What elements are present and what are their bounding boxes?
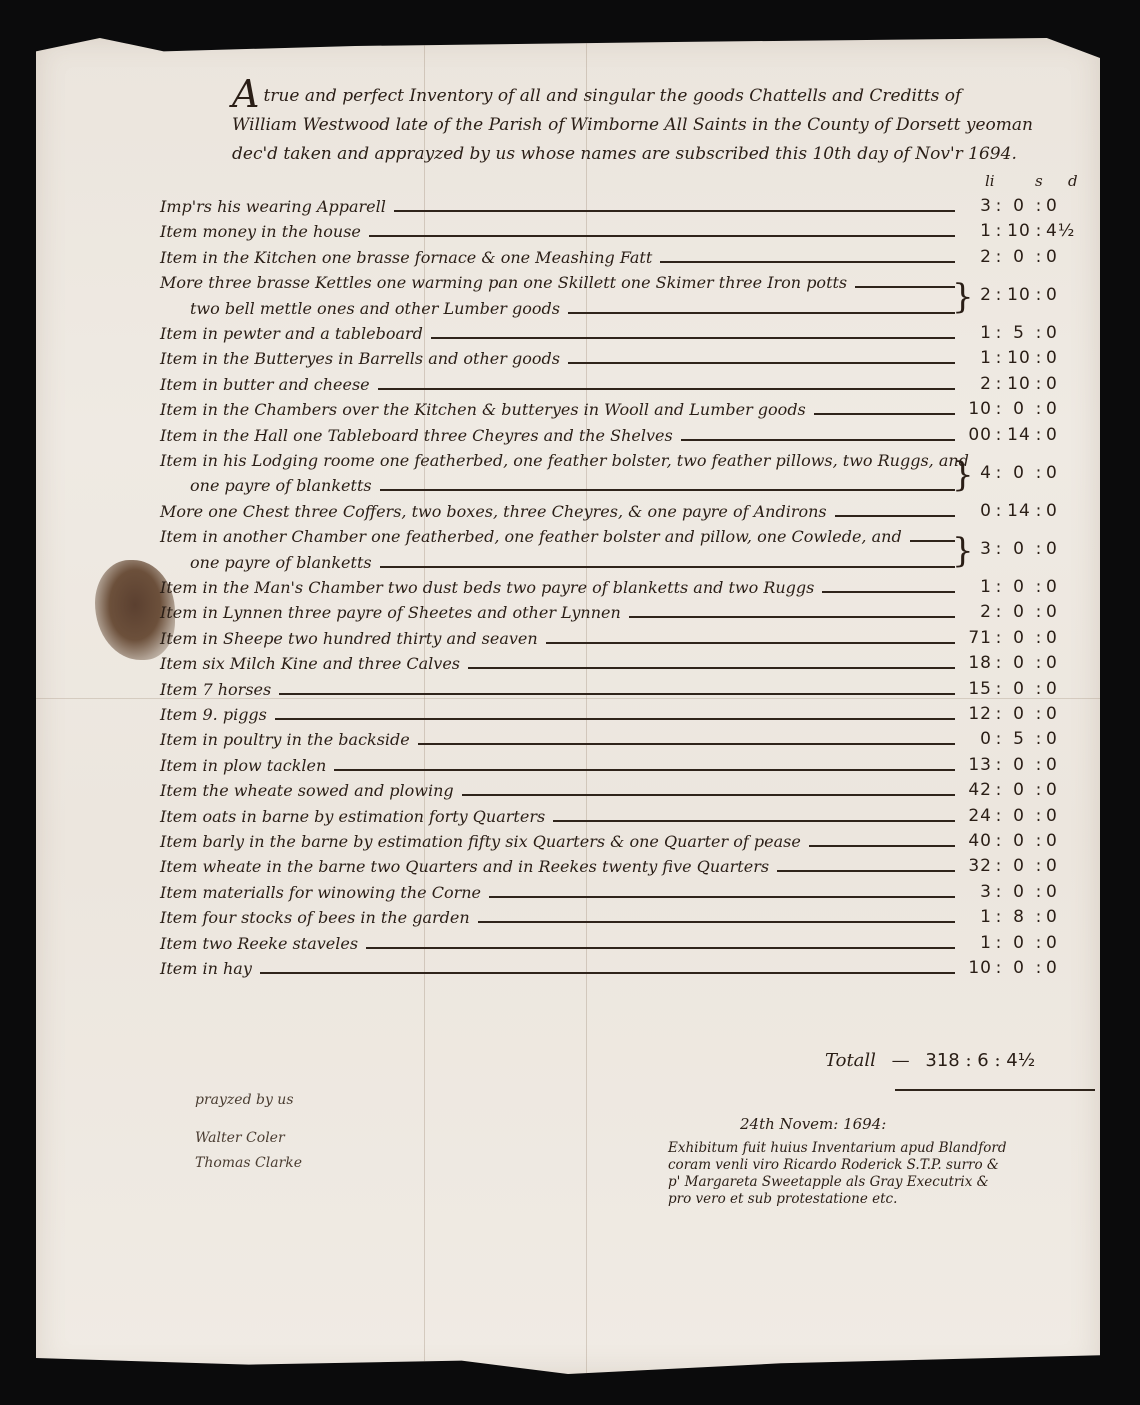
leader-rule (822, 591, 955, 593)
value-shillings: 0 (1006, 577, 1032, 597)
leader-rule (468, 667, 955, 669)
total-pence: 4½ (1006, 1050, 1035, 1071)
item-description: Item in the Hall one Tableboard three Ch… (160, 426, 673, 445)
value-pence: 0 (1046, 539, 1076, 559)
value-pence: 0 (1046, 806, 1076, 826)
leader-rule (334, 769, 955, 771)
item-value: 0:5:0 (960, 729, 1090, 749)
item-value: 71:0:0 (960, 628, 1090, 648)
item-value: 40:0:0 (960, 831, 1090, 851)
item-value: 1:5:0 (960, 323, 1090, 343)
value-pence: 0 (1046, 679, 1076, 699)
item-value: 12:0:0 (960, 704, 1090, 724)
value-pence: 0 (1046, 501, 1076, 521)
value-pence: 0 (1046, 425, 1076, 445)
leader-rule (478, 921, 955, 923)
value-pence: 0 (1046, 463, 1076, 483)
leader-rule (275, 718, 955, 720)
item-value: 4:0:0 (960, 463, 1090, 483)
value-pence: 0 (1046, 780, 1076, 800)
inventory-item: Item in butter and cheese (160, 375, 960, 399)
item-description-continued: one payre of blanketts (190, 553, 372, 572)
inventory-item: More three brasse Kettles one warming pa… (160, 273, 960, 297)
leader-rule (462, 794, 955, 796)
item-value: 1:10:4½ (960, 221, 1090, 241)
value-shillings: 10 (1006, 285, 1032, 305)
value-pounds: 12 (960, 704, 992, 724)
value-pence: 0 (1046, 285, 1076, 305)
value-shillings: 0 (1006, 704, 1032, 724)
item-value: 1:0:0 (960, 933, 1090, 953)
column-header-pence: d (1068, 172, 1078, 190)
value-pence: 0 (1046, 348, 1076, 368)
heading-line-3: dec'd taken and apprayzed by us whose na… (232, 140, 1092, 169)
value-pence: 0 (1046, 602, 1076, 622)
value-pounds: 1 (960, 577, 992, 597)
value-shillings: 0 (1006, 196, 1032, 216)
value-shillings: 14 (1006, 501, 1032, 521)
leader-rule (431, 337, 955, 339)
item-value: 24:0:0 (960, 806, 1090, 826)
value-pence: 0 (1046, 628, 1076, 648)
value-pounds: 13 (960, 755, 992, 775)
inventory-item: Item in the Man's Chamber two dust beds … (160, 578, 960, 602)
item-description: More three brasse Kettles one warming pa… (160, 273, 847, 292)
item-value: 1:10:0 (960, 348, 1090, 368)
item-value: 32:0:0 (960, 856, 1090, 876)
value-shillings: 0 (1006, 856, 1032, 876)
value-shillings: 5 (1006, 323, 1032, 343)
value-pence: 0 (1046, 196, 1076, 216)
inventory-item: Item 7 horses (160, 680, 960, 704)
item-value: 3:0:0 (960, 196, 1090, 216)
item-description: Item 7 horses (160, 680, 271, 699)
leader-rule (369, 235, 955, 237)
leader-rule (777, 870, 955, 872)
value-pounds: 1 (960, 907, 992, 927)
value-pounds: 15 (960, 679, 992, 699)
inventory-item: Item barly in the barne by estimation fi… (160, 832, 960, 856)
item-description-continued: one payre of blanketts (190, 476, 372, 495)
value-pounds: 3 (960, 196, 992, 216)
value-pounds: 3 (960, 539, 992, 559)
item-value: 42:0:0 (960, 780, 1090, 800)
inventory-item-continued: two bell mettle ones and other Lumber go… (190, 299, 990, 323)
leader-rule (546, 642, 955, 644)
inventory-item: Item materialls for winowing the Corne (160, 883, 960, 907)
value-shillings: 5 (1006, 729, 1032, 749)
value-pounds: 0 (960, 729, 992, 749)
inventory-item: Item in plow tacklen (160, 756, 960, 780)
heading-initial: A (232, 72, 259, 116)
value-pence: 0 (1046, 907, 1076, 927)
value-pounds: 1 (960, 221, 992, 241)
total-pounds: 318 (925, 1050, 959, 1071)
value-shillings: 0 (1006, 539, 1032, 559)
value-shillings: 0 (1006, 679, 1032, 699)
inventory-item: Item in the Hall one Tableboard three Ch… (160, 426, 960, 450)
leader-rule (835, 515, 955, 517)
item-description: Item materialls for winowing the Corne (160, 883, 481, 902)
leader-rule (681, 439, 955, 441)
value-pence: 0 (1046, 247, 1076, 267)
item-description: Item six Milch Kine and three Calves (160, 654, 460, 673)
value-pence: 0 (1046, 323, 1076, 343)
value-shillings: 10 (1006, 374, 1032, 394)
item-description: Item in plow tacklen (160, 756, 326, 775)
inventory-item: Item oats in barne by estimation forty Q… (160, 807, 960, 831)
appraiser-signature-1: Walter Coler (195, 1130, 285, 1146)
item-value: 15:0:0 (960, 679, 1090, 699)
value-pounds: 10 (960, 958, 992, 978)
value-pence: 0 (1046, 653, 1076, 673)
item-description: Item two Reeke staveles (160, 934, 358, 953)
item-description: Item in the Kitchen one brasse fornace &… (160, 248, 652, 267)
value-pence: 0 (1046, 958, 1076, 978)
leader-rule (910, 540, 955, 542)
item-value: 1:0:0 (960, 577, 1090, 597)
value-pounds: 2 (960, 602, 992, 622)
value-pence: 0 (1046, 831, 1076, 851)
item-description: Item in Sheepe two hundred thirty and se… (160, 629, 538, 648)
value-shillings: 0 (1006, 602, 1032, 622)
inventory-item: Item in another Chamber one featherbed, … (160, 527, 960, 551)
value-pounds: 2 (960, 285, 992, 305)
inventory-item: Item two Reeke staveles (160, 934, 960, 958)
value-pounds: 4 (960, 463, 992, 483)
item-description: Item in butter and cheese (160, 375, 370, 394)
appraisers-intro: prayzed by us (195, 1092, 294, 1108)
item-description: Item in the Butteryes in Barrells and ot… (160, 349, 560, 368)
value-pence: 0 (1046, 933, 1076, 953)
item-value: 3:0:0 (960, 539, 1090, 559)
item-description: Item in another Chamber one featherbed, … (160, 527, 902, 546)
value-pounds: 40 (960, 831, 992, 851)
leader-rule (279, 693, 955, 695)
inventory-item: Item in hay (160, 959, 960, 983)
exhibit-note: Exhibitum fuit huius Inventarium apud Bl… (668, 1140, 1108, 1208)
value-pence: 0 (1046, 399, 1076, 419)
exhibit-note-line-2: coram venli viro Ricardo Roderick S.T.P.… (668, 1157, 1108, 1174)
value-pence: 0 (1046, 729, 1076, 749)
item-value: 10:0:0 (960, 958, 1090, 978)
column-header-pounds: li (985, 172, 995, 190)
leader-rule (380, 489, 955, 491)
value-pounds: 1 (960, 323, 992, 343)
item-description: Item the wheate sowed and plowing (160, 781, 454, 800)
item-description: Item barly in the barne by estimation fi… (160, 832, 801, 851)
inventory-item: Item in his Lodging roome one featherbed… (160, 451, 960, 475)
total-label: Totall (825, 1050, 876, 1071)
item-description: Item money in the house (160, 222, 361, 241)
value-shillings: 0 (1006, 933, 1032, 953)
leader-rule (394, 210, 955, 212)
item-description: Item wheate in the barne two Quarters an… (160, 857, 769, 876)
inventory-item: Imp'rs his wearing Apparell (160, 197, 960, 221)
value-shillings: 0 (1006, 399, 1032, 419)
heading-line-2: William Westwood late of the Parish of W… (232, 111, 1092, 140)
exhibit-date: 24th Novem: 1694: (740, 1115, 886, 1133)
leader-rule (814, 413, 955, 415)
value-shillings: 0 (1006, 831, 1032, 851)
value-pence: 0 (1046, 577, 1076, 597)
item-value: 18:0:0 (960, 653, 1090, 673)
item-value: 2:10:0 (960, 285, 1090, 305)
column-header-shillings: s (1035, 172, 1043, 190)
item-value: 3:0:0 (960, 882, 1090, 902)
value-shillings: 10 (1006, 221, 1032, 241)
leader-rule (855, 286, 955, 288)
item-description: Imp'rs his wearing Apparell (160, 197, 386, 216)
leader-rule (568, 362, 955, 364)
value-pounds: 32 (960, 856, 992, 876)
value-shillings: 0 (1006, 653, 1032, 673)
total-row: Totall — 318 : 6 : 4½ (825, 1050, 1035, 1071)
item-description: Item oats in barne by estimation forty Q… (160, 807, 545, 826)
inventory-heading: Atrue and perfect Inventory of all and s… (232, 80, 1092, 169)
value-shillings: 0 (1006, 958, 1032, 978)
item-description: Item in hay (160, 959, 252, 978)
leader-rule (553, 820, 955, 822)
total-underline (895, 1089, 1095, 1091)
value-shillings: 0 (1006, 780, 1032, 800)
inventory-item: Item in Sheepe two hundred thirty and se… (160, 629, 960, 653)
value-pounds: 1 (960, 348, 992, 368)
value-shillings: 8 (1006, 907, 1032, 927)
value-pounds: 1 (960, 933, 992, 953)
item-description: Item in poultry in the backside (160, 730, 410, 749)
leader-rule (489, 896, 955, 898)
leader-rule (378, 388, 955, 390)
leader-rule (260, 972, 955, 974)
value-pence: 4½ (1046, 221, 1076, 241)
item-description: Item in the Man's Chamber two dust beds … (160, 578, 814, 597)
inventory-item: Item 9. piggs (160, 705, 960, 729)
value-pence: 0 (1046, 856, 1076, 876)
appraiser-signature-2: Thomas Clarke (195, 1155, 302, 1171)
total-shillings: 6 (977, 1050, 988, 1071)
item-description-continued: two bell mettle ones and other Lumber go… (190, 299, 560, 318)
value-shillings: 14 (1006, 425, 1032, 445)
inventory-item-continued: one payre of blanketts (190, 553, 990, 577)
value-pounds: 00 (960, 425, 992, 445)
value-pounds: 10 (960, 399, 992, 419)
leader-rule (568, 312, 955, 314)
item-value: 00:14:0 (960, 425, 1090, 445)
value-pounds: 42 (960, 780, 992, 800)
value-pounds: 24 (960, 806, 992, 826)
item-value: 13:0:0 (960, 755, 1090, 775)
item-description: Item in his Lodging roome one featherbed… (160, 451, 969, 470)
item-value: 1:8:0 (960, 907, 1090, 927)
exhibit-note-line-1: Exhibitum fuit huius Inventarium apud Bl… (668, 1140, 1108, 1157)
item-description: Item in the Chambers over the Kitchen & … (160, 400, 806, 419)
value-pounds: 18 (960, 653, 992, 673)
heading-line-1: true and perfect Inventory of all and si… (263, 86, 961, 106)
item-value: 2:0:0 (960, 247, 1090, 267)
item-value: 10:0:0 (960, 399, 1090, 419)
value-pounds: 2 (960, 247, 992, 267)
value-shillings: 0 (1006, 463, 1032, 483)
value-shillings: 0 (1006, 882, 1032, 902)
inventory-item: More one Chest three Coffers, two boxes,… (160, 502, 960, 526)
leader-rule (660, 261, 955, 263)
item-description: Item 9. piggs (160, 705, 267, 724)
item-description: More one Chest three Coffers, two boxes,… (160, 502, 827, 521)
value-pence: 0 (1046, 374, 1076, 394)
exhibit-note-line-4: pro vero et sub protestatione etc. (668, 1191, 1108, 1208)
leader-rule (418, 743, 955, 745)
value-shillings: 0 (1006, 628, 1032, 648)
leader-rule (629, 616, 955, 618)
value-pence: 0 (1046, 704, 1076, 724)
inventory-item: Item in pewter and a tableboard (160, 324, 960, 348)
item-value: 2:10:0 (960, 374, 1090, 394)
value-pounds: 2 (960, 374, 992, 394)
exhibit-note-line-3: p' Margareta Sweetapple als Gray Executr… (668, 1174, 1108, 1191)
item-value: 0:14:0 (960, 501, 1090, 521)
value-shillings: 0 (1006, 755, 1032, 775)
leader-rule (380, 566, 955, 568)
leader-rule (809, 845, 955, 847)
inventory-item: Item in the Kitchen one brasse fornace &… (160, 248, 960, 272)
value-pence: 0 (1046, 755, 1076, 775)
item-description: Item four stocks of bees in the garden (160, 908, 470, 927)
value-shillings: 0 (1006, 806, 1032, 826)
value-pounds: 71 (960, 628, 992, 648)
item-description: Item in Lynnen three payre of Sheetes an… (160, 603, 621, 622)
leader-rule (366, 947, 955, 949)
value-pounds: 0 (960, 501, 992, 521)
value-pence: 0 (1046, 882, 1076, 902)
value-shillings: 0 (1006, 247, 1032, 267)
item-value: 2:0:0 (960, 602, 1090, 622)
value-shillings: 10 (1006, 348, 1032, 368)
item-description: Item in pewter and a tableboard (160, 324, 423, 343)
value-pounds: 3 (960, 882, 992, 902)
